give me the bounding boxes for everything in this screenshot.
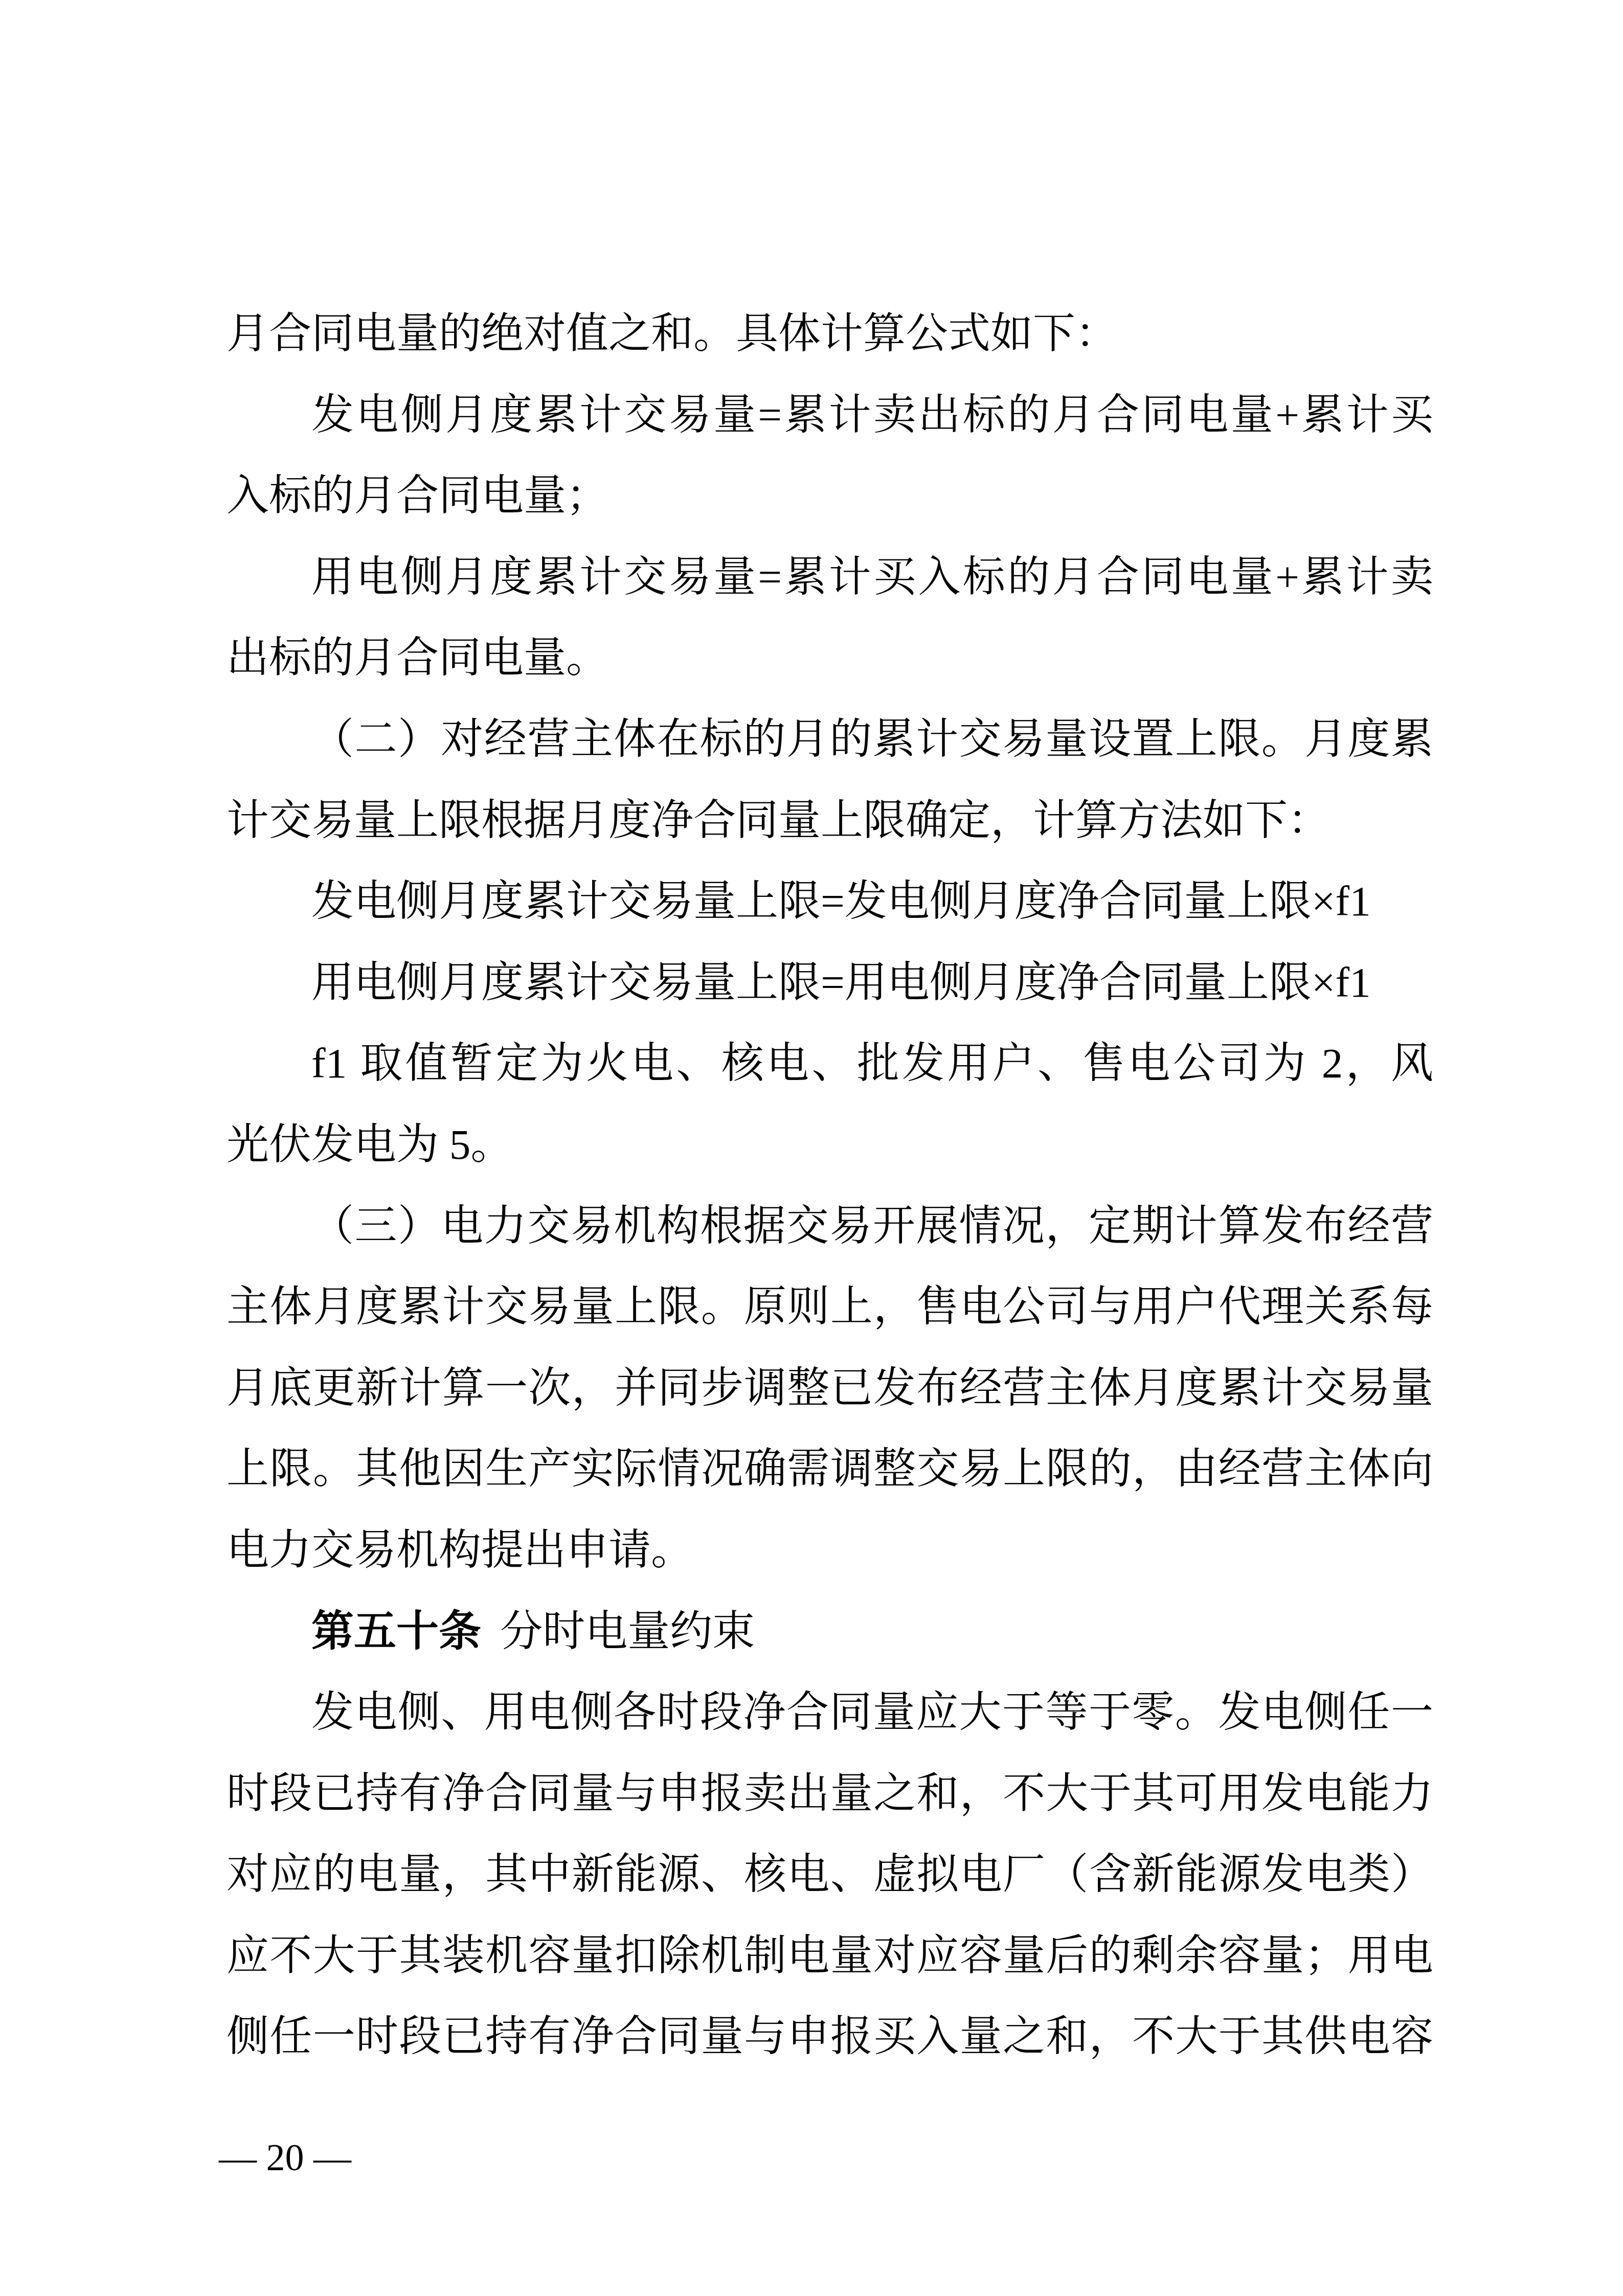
page-number-footer: — 20 — (219, 2130, 351, 2186)
text-line: 发电侧月度累计交易量=累计卖出标的月合同电量+累计买 (227, 374, 1433, 456)
text-line: 出标的月合同电量。 (227, 617, 1433, 699)
text-line: 月合同电量的绝对值之和。具体计算公式如下： (227, 293, 1433, 374)
text-line: 电力交易机构提出申请。 (227, 1510, 1433, 1591)
text-line: 上限。其他因生产实际情况确需调整交易上限的，由经营主体向 (227, 1428, 1433, 1510)
text-line: （三）电力交易机构根据交易开展情况，定期计算发布经营 (227, 1185, 1433, 1267)
text-line: 月底更新计算一次，并同步调整已发布经营主体月度累计交易量 (227, 1347, 1433, 1429)
article-heading: 第五十条分时电量约束 (227, 1591, 1433, 1672)
text-line: （二）对经营主体在标的月的累计交易量设置上限。月度累 (227, 699, 1433, 780)
text-line: 应不大于其装机容量扣除机制电量对应容量后的剩余容量；用电 (227, 1915, 1433, 1996)
text-line: 侧任一时段已持有净合同量与申报买入量之和，不大于其供电容 (227, 1996, 1433, 2077)
text-line: 入标的月合同电量； (227, 455, 1433, 536)
text-line: 光伏发电为 5。 (227, 1104, 1433, 1185)
text-line: f1 取值暂定为火电、核电、批发用户、售电公司为 2，风电、 (227, 1023, 1433, 1104)
text-line: 对应的电量，其中新能源、核电、虚拟电厂（含新能源发电类） (227, 1834, 1433, 1915)
text-line: 主体月度累计交易量上限。原则上，售电公司与用户代理关系每 (227, 1266, 1433, 1347)
text-line: 用电侧月度累计交易量=累计买入标的月合同电量+累计卖 (227, 536, 1433, 618)
text-block: 月合同电量的绝对值之和。具体计算公式如下： 发电侧月度累计交易量=累计卖出标的月… (227, 293, 1433, 2077)
article-heading-title: 分时电量约束 (500, 1608, 755, 1655)
formula-line: 发电侧月度累计交易量上限=发电侧月度净合同量上限×f1 (227, 861, 1433, 942)
text-line: 发电侧、用电侧各时段净合同量应大于等于零。发电侧任一 (227, 1672, 1433, 1753)
document-page: 月合同电量的绝对值之和。具体计算公式如下： 发电侧月度累计交易量=累计卖出标的月… (0, 0, 1623, 2296)
formula-line: 用电侧月度累计交易量上限=用电侧月度净合同量上限×f1 (227, 942, 1433, 1023)
text-line: 时段已持有净合同量与申报卖出量之和，不大于其可用发电能力 (227, 1753, 1433, 1834)
text-line: 计交易量上限根据月度净合同量上限确定，计算方法如下： (227, 780, 1433, 861)
article-heading-number: 第五十条 (311, 1608, 481, 1655)
